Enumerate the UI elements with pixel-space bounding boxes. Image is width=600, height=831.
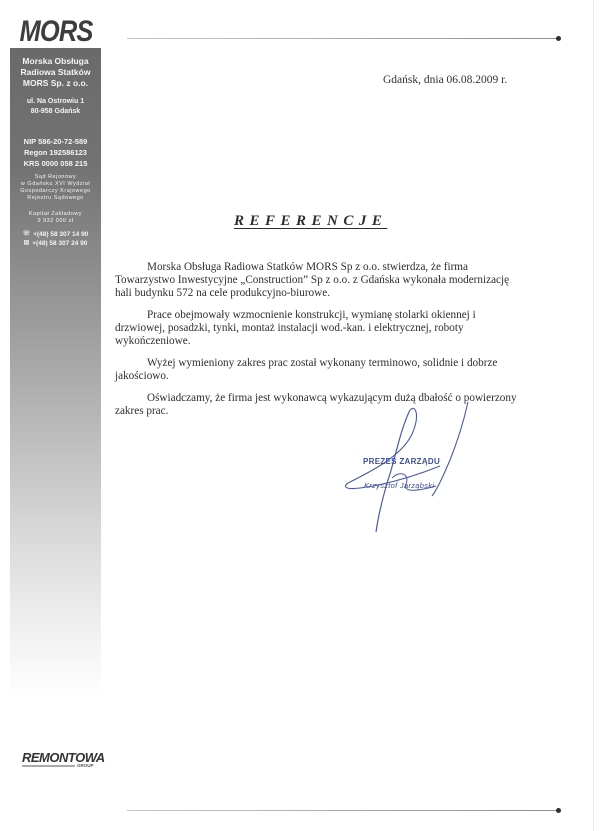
- mors-logo: MORS: [17, 18, 95, 46]
- regon: Regon 192586123: [10, 147, 101, 158]
- company-line: Radiowa Statków: [10, 67, 101, 78]
- paragraph: Morska Obsługa Radiowa Statków MORS Sp z…: [115, 261, 525, 300]
- company-ids: NIP 586-20-72-589 Regon 192586123 KRS 00…: [10, 136, 101, 169]
- contact-phones: ☏ +(48) 58 307 14 90 ▤ +(48) 58 307 24 9…: [10, 230, 101, 248]
- letter-date: Gdańsk, dnia 06.08.2009 r.: [383, 74, 507, 86]
- company-line: Morska Obsługa: [10, 56, 101, 67]
- court-line: Sąd Rejonowy: [10, 174, 101, 181]
- remontowa-group-label: GROUP: [77, 763, 94, 768]
- nip: NIP 586-20-72-589: [10, 136, 101, 147]
- paragraph: Wyżej wymieniony zakres prac został wyko…: [115, 357, 525, 383]
- handwritten-signature-icon: [340, 400, 500, 540]
- share-capital: Kapitał Zakładowy 9 932 000 zł: [10, 211, 101, 225]
- capital-value: 9 932 000 zł: [10, 218, 101, 225]
- company-line: MORS Sp. z o.o.: [10, 78, 101, 89]
- rule-end-dot: [556, 36, 561, 41]
- phone-icon: ☏: [23, 230, 31, 239]
- court-line: w Gdańsku XVI Wydział: [10, 181, 101, 188]
- capital-label: Kapitał Zakładowy: [10, 211, 101, 218]
- signatory-name: Krzysztof Jarząbski: [364, 481, 434, 490]
- paragraph: Prace obejmowały wzmocnienie konstrukcji…: [115, 309, 525, 348]
- fax-icon: ▤: [24, 239, 30, 248]
- court-line: Rejestru Sądowego: [10, 195, 101, 202]
- address-line: 80-958 Gdańsk: [10, 107, 101, 117]
- company-name: Morska Obsługa Radiowa Statków MORS Sp. …: [10, 56, 101, 89]
- address-line: ul. Na Ostrowiu 1: [10, 97, 101, 107]
- remontowa-logo: REMONTOWA GROUP: [22, 751, 100, 773]
- page-edge: [593, 0, 594, 831]
- signature-block: PREZES ZARZĄDU Krzysztof Jarząbski: [340, 400, 500, 540]
- header-rule: [127, 38, 558, 39]
- phone-number: +(48) 58 307 14 90: [33, 230, 88, 239]
- letter-title: REFERENCJE: [234, 213, 387, 230]
- court-line: Gospodarczy Krajowego: [10, 188, 101, 195]
- signatory-title: PREZES ZARZĄDU: [363, 457, 440, 466]
- letterhead-sidebar: Morska Obsługa Radiowa Statków MORS Sp. …: [10, 48, 101, 698]
- fax-number: +(48) 58 307 24 90: [32, 239, 87, 248]
- company-address: ul. Na Ostrowiu 1 80-958 Gdańsk: [10, 97, 101, 117]
- phone-row: ☏ +(48) 58 307 14 90: [10, 230, 101, 239]
- krs: KRS 0000 058 215: [10, 158, 101, 169]
- court-registry: Sąd Rejonowy w Gdańsku XVI Wydział Gospo…: [10, 174, 101, 202]
- footer-rule: [127, 810, 558, 811]
- remontowa-bar: [22, 765, 75, 767]
- rule-end-dot: [556, 808, 561, 813]
- fax-row: ▤ +(48) 58 307 24 90: [10, 239, 101, 248]
